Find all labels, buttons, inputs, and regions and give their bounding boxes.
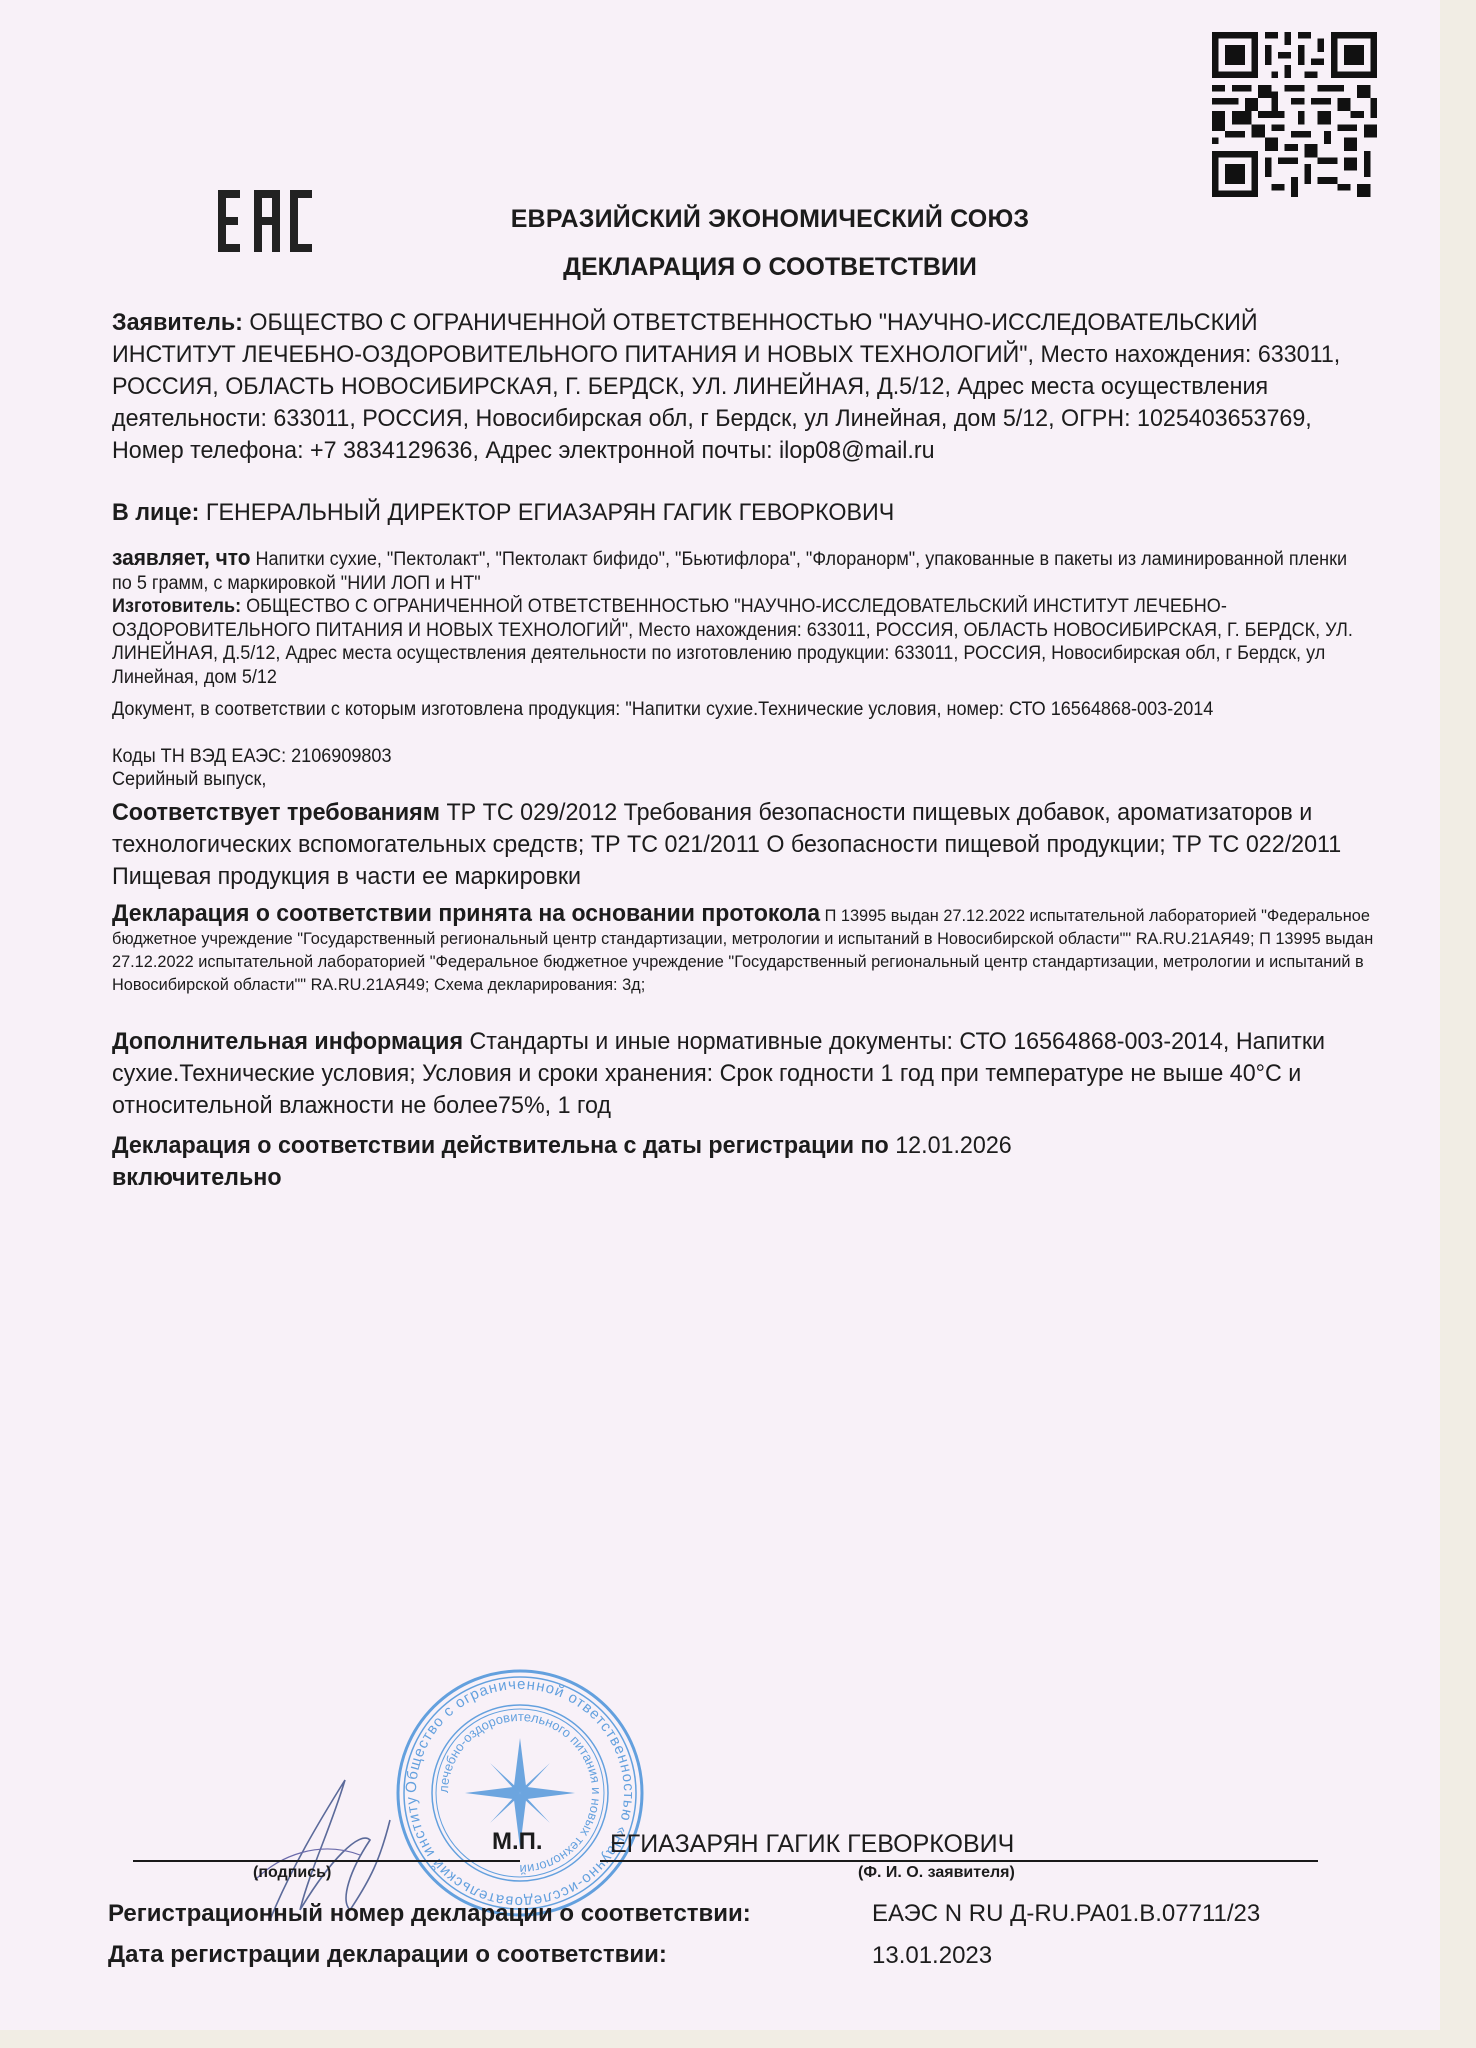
registration-date-value: 13.01.2023 — [872, 1942, 992, 1970]
additional-label: Дополнительная информация — [112, 1028, 463, 1055]
serial-release: Серийный выпуск, — [112, 768, 1366, 792]
document-title: ДЕКЛАРАЦИЯ О СООТВЕТСТВИИ — [0, 253, 1440, 282]
represented-section: В лице: ГЕНЕРАЛЬНЫЙ ДИРЕКТОР ЕГИАЗАРЯН Г… — [112, 497, 1347, 529]
applicant-label: Заявитель: — [112, 309, 243, 336]
qr-code-icon — [1212, 32, 1377, 197]
basis-label: Декларация о соответствии принята на осн… — [112, 900, 820, 927]
production-document: Документ, в соответствии с которым изгот… — [112, 698, 1366, 722]
manufacturer-text: ОБЩЕСТВО С ОГРАНИЧЕННОЙ ОТВЕТСТВЕННОСТЬЮ… — [112, 596, 1353, 688]
applicant-section: Заявитель: ОБЩЕСТВО С ОГРАНИЧЕННОЙ ОТВЕТ… — [112, 307, 1347, 467]
requirements-section: Соответствует требованиям ТР ТС 029/2012… — [112, 797, 1347, 893]
manufacturer-section: Изготовитель: ОБЩЕСТВО С ОГРАНИЧЕННОЙ ОТ… — [112, 595, 1366, 689]
declares-section: заявляет, что Напитки сухие, "Пектолакт"… — [112, 546, 1366, 595]
document-page: ЕВРАЗИЙСКИЙ ЭКОНОМИЧЕСКИЙ СОЮЗ ДЕКЛАРАЦИ… — [0, 0, 1440, 2030]
registration-date-label: Дата регистрации декларации о соответств… — [108, 1941, 667, 1969]
name-line — [600, 1860, 1318, 1862]
declares-text: Напитки сухие, "Пектолакт", "Пектолакт б… — [112, 549, 1347, 594]
applicant-text: ОБЩЕСТВО С ОГРАНИЧЕННОЙ ОТВЕТСТВЕННОСТЬЮ… — [112, 309, 1340, 464]
manufacturer-label: Изготовитель: — [112, 596, 241, 617]
represented-text: ГЕНЕРАЛЬНЫЙ ДИРЕКТОР ЕГИАЗАРЯН ГАГИК ГЕВ… — [199, 499, 894, 526]
customs-codes: Коды ТН ВЭД ЕАЭС: 2106909803 — [112, 745, 1366, 769]
additional-section: Дополнительная информация Стандарты и ин… — [112, 1026, 1347, 1122]
union-title: ЕВРАЗИЙСКИЙ ЭКОНОМИЧЕСКИЙ СОЮЗ — [0, 205, 1440, 234]
company-stamp: Общество с ограниченной ответственностью… — [395, 1668, 645, 1918]
validity-section: Декларация о соответствии действительна … — [112, 1130, 1347, 1194]
registration-number-value: ЕАЭС N RU Д-RU.PA01.B.07711/23 — [872, 1900, 1260, 1928]
requirements-label: Соответствует требованиям — [112, 799, 440, 826]
validity-label: Декларация о соответствии действительна … — [112, 1132, 889, 1159]
validity-suffix: включительно — [112, 1164, 282, 1191]
applicant-name: ЕГИАЗАРЯН ГАГИК ГЕВОРКОВИЧ — [610, 1830, 1014, 1859]
declares-label: заявляет, что — [112, 545, 250, 570]
signature-caption: (подпись) — [253, 1864, 331, 1882]
name-caption: (Ф. И. О. заявителя) — [858, 1864, 1015, 1882]
signature-line — [133, 1860, 520, 1862]
stamp-place-mark: М.П. — [492, 1828, 543, 1856]
validity-date: 12.01.2026 — [889, 1132, 1012, 1159]
represented-label: В лице: — [112, 499, 199, 526]
registration-number-label: Регистрационный номер декларации о соотв… — [108, 1900, 751, 1928]
basis-section: Декларация о соответствии принята на осн… — [112, 902, 1398, 996]
